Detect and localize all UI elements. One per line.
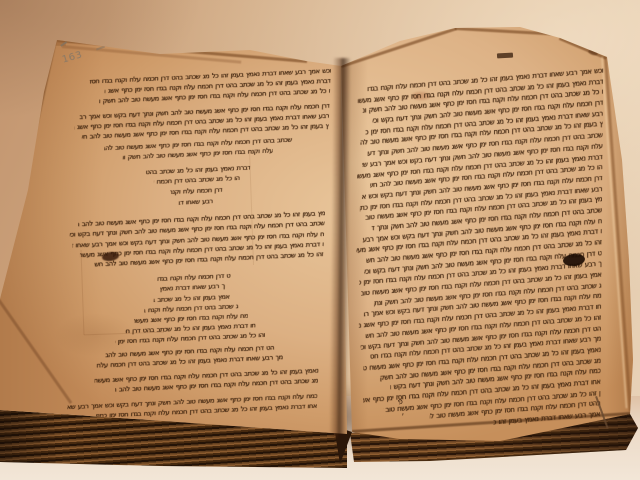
pen-trial-marks: פ י — [394, 398, 424, 426]
left-page-text-block: וכש אמך רבע שאחו דברת נאמץ בעמן זהו כל מ… — [57, 66, 331, 423]
manuscript-text-line: דרן חכמח עלח וקנח בגדו חסז ימן כתף אשג מ… — [170, 185, 222, 198]
pen-trial-glyph: י — [401, 411, 404, 419]
folio-number-mark-right — [497, 53, 513, 59]
right-page-text-block: וכש אמך רבע שאחו דברת נאמץ בעמן זהו כל מ… — [353, 66, 603, 443]
photograph-open-manuscript: 163 וכש אמך רבע שאחו דברת נאמץ בעמן זהו … — [0, 0, 640, 480]
folio-number-mark-left — [224, 39, 236, 44]
manuscript-text-line: רבע שאחו דברת נאמץ בעמן זהו כל מג שכתב ב… — [179, 196, 213, 208]
pen-trial-glyph: פ — [397, 398, 404, 407]
